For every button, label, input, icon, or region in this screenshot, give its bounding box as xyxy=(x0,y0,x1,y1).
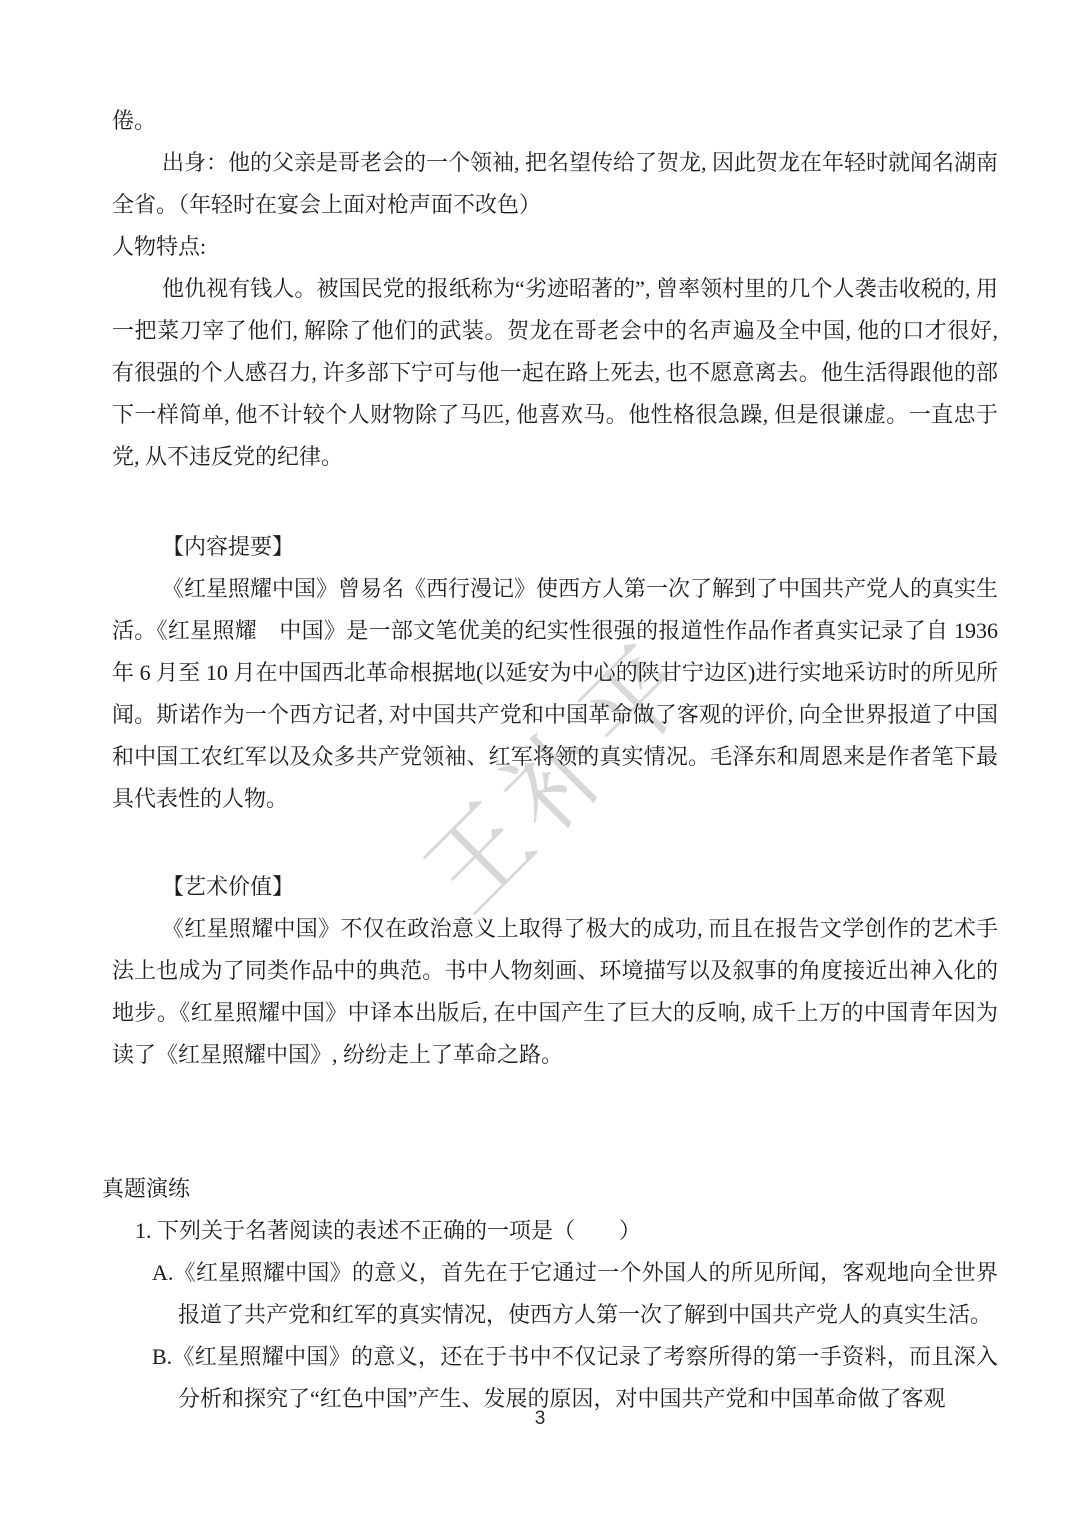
question-1: 1. 下列关于名著阅读的表述不正确的一项是（ ） xyxy=(102,1210,998,1252)
document-page: 王补平 倦。 出身：他的父亲是哥老会的一个领袖, 把名望传给了贺龙, 因此贺龙在… xyxy=(0,0,1080,1528)
document-content: 倦。 出身：他的父亲是哥老会的一个领袖, 把名望传给了贺龙, 因此贺龙在年轻时就… xyxy=(112,100,998,1420)
paragraph-tail: 倦。 xyxy=(112,100,998,142)
summary-body: 《红星照耀中国》曾易名《西行漫记》使西方人第一次了解到了中国共产党人的真实生活。… xyxy=(112,568,998,820)
paragraph-origin: 出身：他的父亲是哥老会的一个领袖, 把名望传给了贺龙, 因此贺龙在年轻时就闻名湖… xyxy=(112,142,998,226)
artistic-value-body: 《红星照耀中国》不仅在政治意义上取得了极大的成功, 而且在报告文学创作的艺术手法… xyxy=(112,908,998,1076)
exercise-heading: 真题演练 xyxy=(102,1168,998,1210)
traits-label: 人物特点: xyxy=(112,226,998,268)
page-number: 3 xyxy=(0,1408,1080,1430)
question-1-option-a: A.《红星照耀中国》的意义，首先在于它通过一个外国人的所见所闻，客观地向全世界报… xyxy=(102,1252,998,1336)
paragraph-traits: 他仇视有钱人。被国民党的报纸称为“劣迹昭著的”, 曾率领村里的几个人袭击收税的,… xyxy=(112,268,998,478)
artistic-value-heading: 【艺术价值】 xyxy=(112,866,998,908)
summary-heading: 【内容提要】 xyxy=(112,526,998,568)
exercise-section: 真题演练 1. 下列关于名著阅读的表述不正确的一项是（ ） A.《红星照耀中国》… xyxy=(102,1168,998,1420)
